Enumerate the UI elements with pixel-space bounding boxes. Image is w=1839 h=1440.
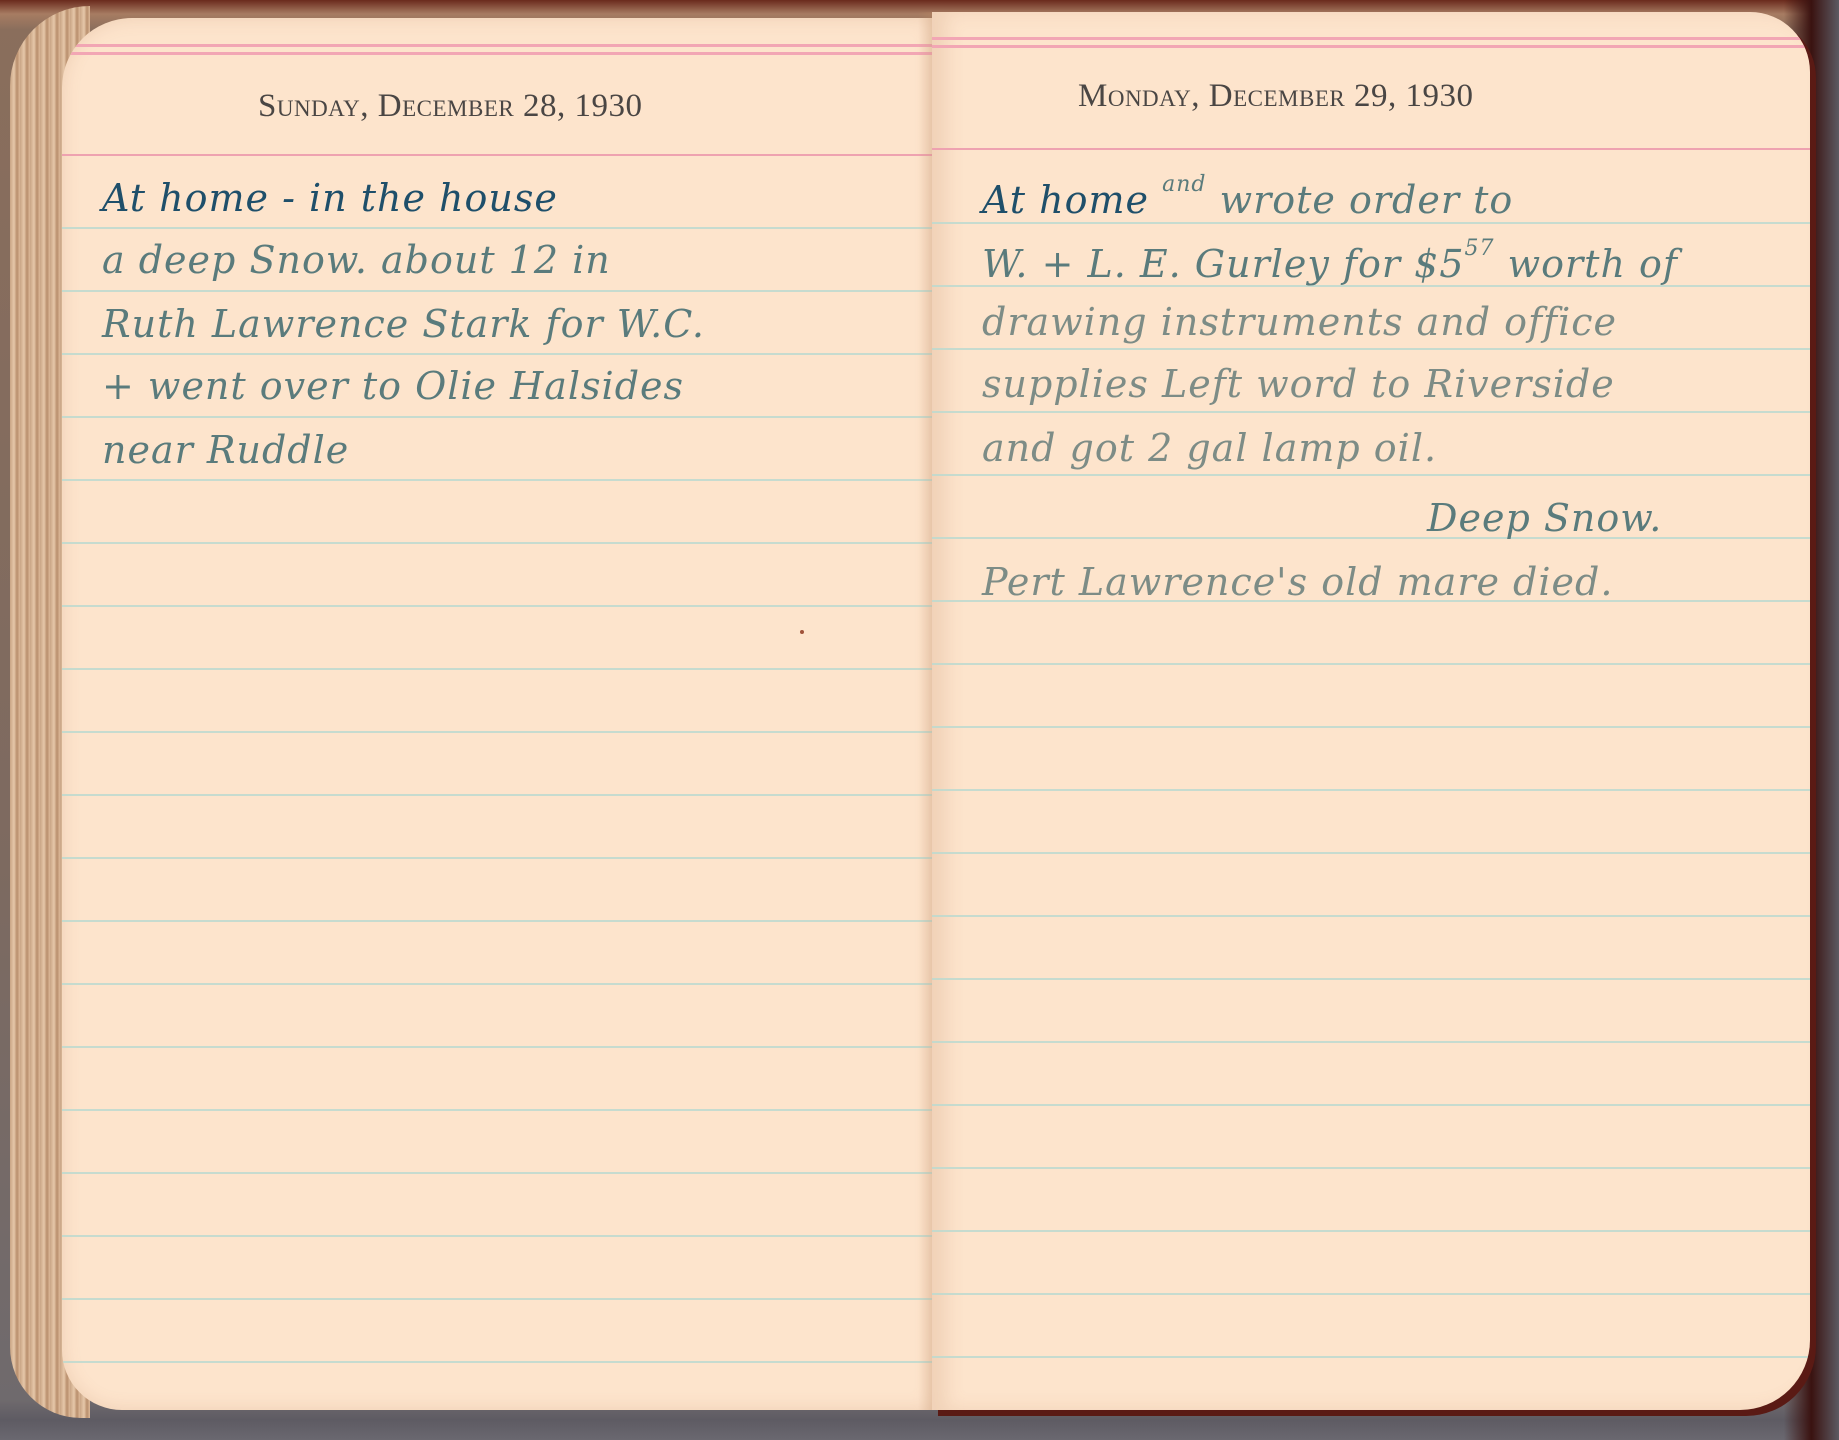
ruled-line (62, 227, 932, 229)
entry-line: and got 2 gal lamp oil. (982, 426, 1437, 470)
ruled-line (62, 1172, 932, 1174)
ruled-line (932, 348, 1810, 350)
entry-line: a deep Snow. about 12 in (102, 238, 611, 282)
entry-text: wrote order to (1220, 178, 1514, 222)
header-rule (62, 154, 932, 156)
top-double-rule (932, 45, 1810, 48)
entry-line: supplies Left word to Riverside (982, 362, 1615, 406)
ruled-line (62, 542, 932, 544)
ruled-line (62, 290, 932, 292)
right-page: Monday, December 29, 1930 At home and wr… (932, 12, 1810, 1410)
ruled-line (932, 789, 1810, 791)
top-double-rule (62, 52, 932, 55)
entry-text: W. + L. E. Gurley for $5 (982, 242, 1465, 286)
ink-speck (800, 630, 804, 634)
entry-line: + went over to Olie Halsides (102, 364, 684, 408)
ruled-line (62, 416, 932, 418)
ruled-line (62, 605, 932, 607)
ruled-line (932, 1293, 1810, 1295)
ruled-line (62, 731, 932, 733)
ruled-line (62, 479, 932, 481)
ruled-line (62, 983, 932, 985)
entry-line: At home - in the house (102, 176, 558, 220)
ruled-line (932, 852, 1810, 854)
ruled-line (932, 915, 1810, 917)
top-double-rule (62, 44, 932, 47)
inserted-word: and (1162, 172, 1206, 197)
ruled-line (62, 794, 932, 796)
right-date-header: Monday, December 29, 1930 (1078, 78, 1473, 115)
ruled-line (932, 411, 1810, 413)
ruled-line (932, 978, 1810, 980)
ruled-line (932, 1041, 1810, 1043)
entry-line: near Ruddle (102, 428, 349, 472)
entry-line: drawing instruments and office (982, 300, 1617, 344)
ruled-line (62, 920, 932, 922)
left-page: Sunday, December 28, 1930 At home - in t… (62, 18, 932, 1410)
cents-superscript: 57 (1465, 236, 1495, 261)
ruled-line (932, 537, 1810, 539)
ruled-line (62, 353, 932, 355)
entry-line: Deep Snow. (1427, 496, 1662, 540)
ruled-line (932, 1356, 1810, 1358)
ruled-line (62, 1298, 932, 1300)
top-double-rule (932, 37, 1810, 40)
ruled-line (62, 1235, 932, 1237)
ruled-line (62, 857, 932, 859)
ruled-line (932, 663, 1810, 665)
entry-text: At home (982, 178, 1149, 222)
ruled-line (62, 668, 932, 670)
left-date-header: Sunday, December 28, 1930 (258, 88, 643, 125)
entry-text: worth of (1508, 242, 1678, 286)
ruled-line (62, 1361, 932, 1363)
ruled-line (932, 726, 1810, 728)
entry-line: Pert Lawrence's old mare died. (982, 560, 1613, 604)
ruled-line (932, 474, 1810, 476)
ruled-line (932, 1230, 1810, 1232)
ruled-line (932, 1167, 1810, 1169)
ruled-line (932, 1104, 1810, 1106)
ruled-line (62, 1046, 932, 1048)
entry-line: At home and wrote order to (982, 172, 1513, 222)
header-rule (932, 148, 1810, 150)
ruled-line (932, 222, 1810, 224)
entry-line: Ruth Lawrence Stark for W.C. (102, 302, 705, 346)
entry-line: W. + L. E. Gurley for $557 worth of (982, 236, 1678, 286)
ruled-line (62, 1109, 932, 1111)
